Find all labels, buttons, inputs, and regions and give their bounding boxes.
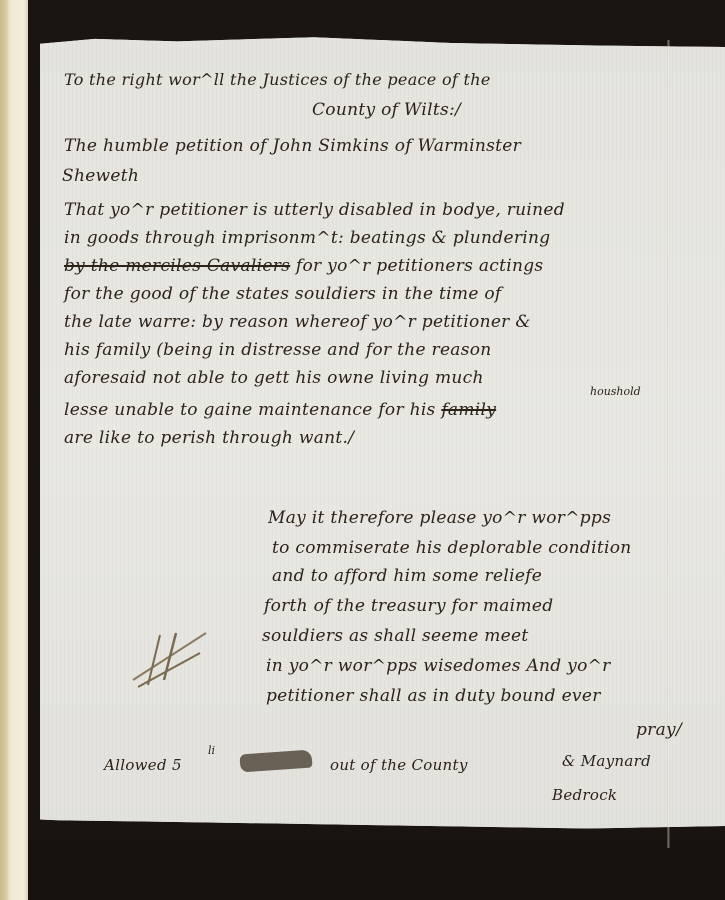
- prayer-line-2: to commiserate his deplorable condition: [272, 538, 631, 558]
- body-line-2: in goods through imprisonm^t: beatings &…: [64, 228, 550, 248]
- body-line-3-text: for yo^r petitioners actings: [296, 256, 544, 276]
- prayer-line-1: May it therefore please yo^r wor^pps: [268, 508, 611, 528]
- prayer-line-6: in yo^r wor^pps wisedomes And yo^r: [266, 656, 611, 676]
- prayer-line-8: pray/: [636, 720, 682, 740]
- body-line-8: lesse unable to gaine maintenance for hi…: [64, 400, 496, 420]
- hash-mark-icon: [128, 625, 208, 695]
- body-line-9: are like to perish through want./: [64, 428, 354, 448]
- body-line-8-text: lesse unable to gaine maintenance for hi…: [64, 400, 436, 420]
- mount-strip: [0, 0, 28, 900]
- body-line-3: by the merciles Cavaliers for yo^r petit…: [64, 256, 543, 276]
- insertion-above: houshold: [590, 385, 641, 398]
- body-line-4: for the good of the states souldiers in …: [64, 284, 502, 304]
- address-line-1: To the right wor^ll the Justices of the …: [64, 70, 491, 89]
- body-line-7: aforesaid not able to gett his owne livi…: [64, 368, 484, 388]
- body-line-6: his family (being in distresse and for t…: [64, 340, 492, 360]
- endorsement-signature-2: Bedrock: [552, 786, 617, 804]
- endorsement-allowed: Allowed 5: [104, 756, 182, 774]
- background-bottom: [28, 840, 725, 900]
- struck-text: by the merciles Cavaliers: [64, 256, 290, 276]
- endorsement-signature-1: & Maynard: [562, 752, 651, 770]
- prayer-line-4: forth of the treasury for maimed: [264, 596, 553, 616]
- petitioner-line-1: The humble petition of John Simkins of W…: [64, 136, 521, 156]
- background-top: [28, 0, 725, 40]
- prayer-line-5: souldiers as shall seeme meet: [262, 626, 529, 646]
- body-line-1: That yo^r petitioner is utterly disabled…: [64, 200, 565, 220]
- endorsement-superscript: li: [208, 744, 215, 757]
- endorsement-county: out of the County: [330, 756, 468, 774]
- prayer-line-3: and to afford him some reliefe: [272, 566, 542, 586]
- prayer-line-7: petitioner shall as in duty bound ever: [266, 686, 601, 706]
- petitioner-line-2: Sheweth: [62, 166, 139, 186]
- body-line-5: the late warre: by reason whereof yo^r p…: [64, 312, 531, 332]
- struck-text: family: [441, 400, 496, 420]
- address-line-2: County of Wilts:/: [312, 100, 461, 120]
